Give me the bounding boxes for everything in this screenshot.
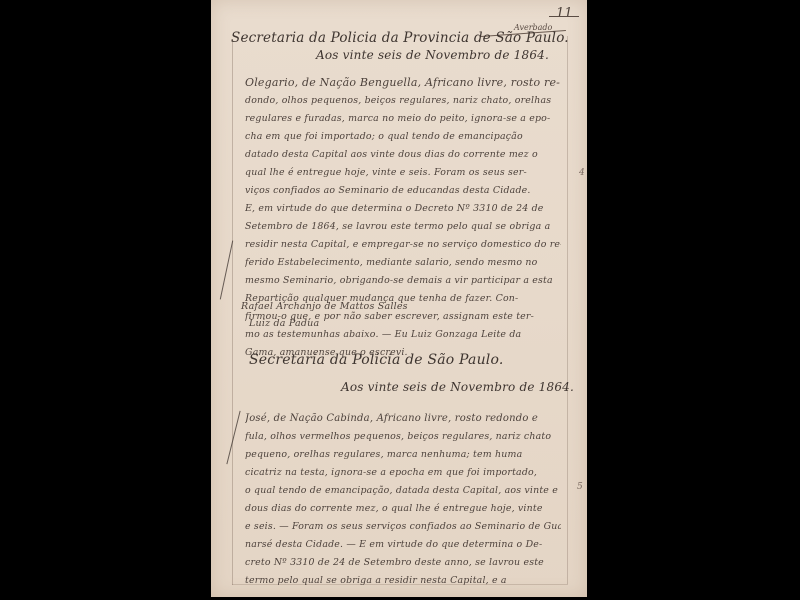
entry2-line: dous dias do corrente mez, o qual lhe é … <box>245 500 561 519</box>
entry1-line: viços confiados ao Seminario de educanda… <box>245 182 561 201</box>
entry1-line: dondo, olhos pequenos, beiços regulares,… <box>245 92 561 111</box>
entry1-line: Olegario, de Nação Benguella, Africano l… <box>245 74 561 93</box>
entry1-line: E, em virtude do que determina o Decreto… <box>245 200 561 219</box>
entry1-line: regulares e furadas, marca no meio do pe… <box>245 110 561 129</box>
entry2-line: o qual tendo de emancipação, datada dest… <box>245 482 561 501</box>
entry1-line: Setembro de 1864, se lavrou este termo p… <box>245 218 561 237</box>
folio-underline <box>549 16 579 17</box>
entry2-line: e seis. — Foram os seus serviços confiad… <box>245 518 561 537</box>
entry1-line: qual lhe é entregue hoje, vinte e seis. … <box>245 164 561 183</box>
entry2-line: pequeno, orelhas regulares, marca nenhum… <box>245 446 561 465</box>
entry1-line: datado desta Capital aos vinte dous dias… <box>245 146 561 165</box>
entry2-heading: Secretaria da Policia de São Paulo. <box>249 352 504 368</box>
margin-flourish <box>226 411 240 465</box>
manuscript-page: 11 Averbado Secretaria da Policia da Pro… <box>211 0 587 597</box>
entry2-date: Aos vinte seis de Novembro de 1864. <box>341 380 574 394</box>
entry2-line: José, de Nação Cabinda, Africano livre, … <box>245 410 561 429</box>
entry2-line: creto Nº 3310 de 24 de Setembro deste an… <box>245 554 561 573</box>
entry2-line: fula, olhos vermelhos pequenos, beiços r… <box>245 428 561 447</box>
entry1-line: residir nesta Capital, e empregar-se no … <box>245 236 561 255</box>
signature-witness-1: Rafael Archanjo de Mattos Salles <box>241 301 408 312</box>
margin-mark: 5 <box>577 482 583 492</box>
margin-mark: 4 <box>579 168 585 178</box>
entry2-line: cicatriz na testa, ignora-se a epocha em… <box>245 464 561 483</box>
entry1-line: ferido Estabelecimento, mediante salario… <box>245 254 561 273</box>
entry1-heading: Secretaria da Policia da Provincia de Sã… <box>231 30 569 46</box>
margin-rule-left <box>232 40 233 585</box>
entry1-date: Aos vinte seis de Novembro de 1864. <box>316 48 549 62</box>
entry2-line: termo pelo qual se obriga a residir nest… <box>245 572 561 591</box>
entry1-line: mesmo Seminario, obrigando-se demais a v… <box>245 272 561 291</box>
signature-witness-2: Luiz da Padua <box>249 318 319 329</box>
entry2-line: narsé desta Cidade. — E em virtude do qu… <box>245 536 561 555</box>
margin-rule-right <box>567 36 568 584</box>
entry1-line: cha em que foi importado; o qual tendo d… <box>245 128 561 147</box>
folio-number: 11 <box>556 6 573 21</box>
